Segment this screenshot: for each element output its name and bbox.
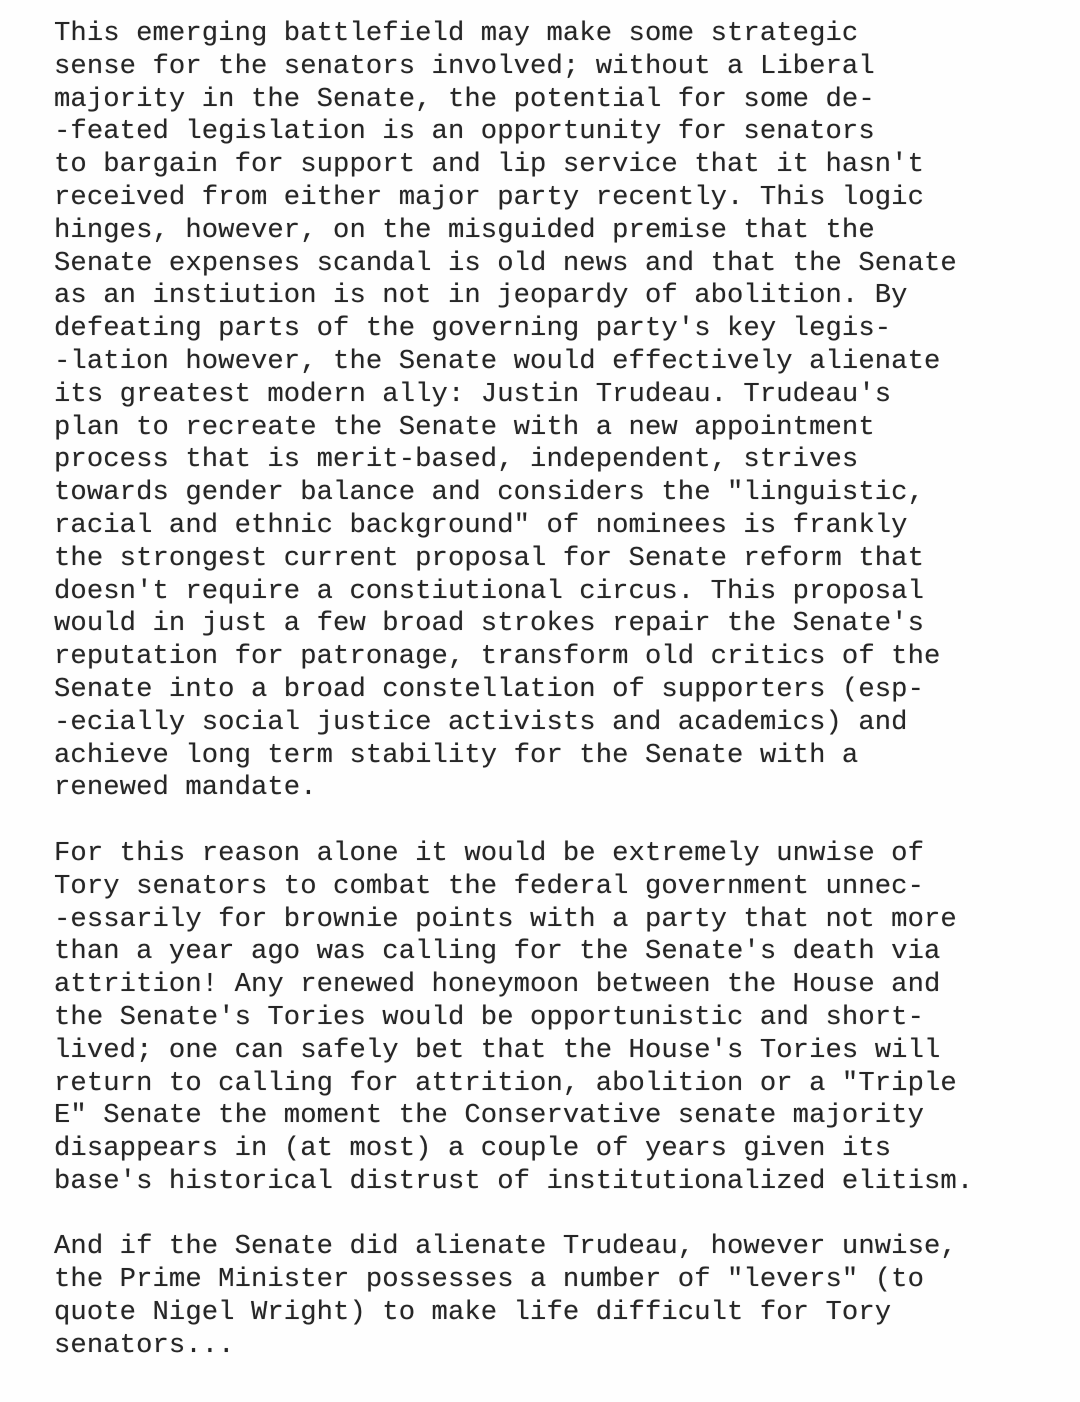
text-line: attrition! Any renewed honeymoon between… [54,969,1054,1002]
text-line: This emerging battlefield may make some … [54,18,1054,51]
text-line: towards gender balance and considers the… [54,477,1054,510]
paragraph-gap [54,1199,1054,1232]
text-line: Senate into a broad constellation of sup… [54,674,1054,707]
text-line: renewed mandate. [54,772,1054,805]
text-line: achieve long term stability for the Sena… [54,740,1054,773]
text-line: would in just a few broad strokes repair… [54,608,1054,641]
text-line: -essarily for brownie points with a part… [54,904,1054,937]
text-line: lived; one can safely bet that the House… [54,1035,1054,1068]
text-line: base's historical distrust of institutio… [54,1166,1054,1199]
text-line: hinges, however, on the misguided premis… [54,215,1054,248]
paragraph-gap [54,805,1054,838]
text-line: as an instiution is not in jeopardy of a… [54,280,1054,313]
text-line: Senate expenses scandal is old news and … [54,248,1054,281]
paragraph-3: And if the Senate did alienate Trudeau, … [54,1231,1054,1362]
text-line: plan to recreate the Senate with a new a… [54,412,1054,445]
text-line: Tory senators to combat the federal gove… [54,871,1054,904]
paragraph-1: This emerging battlefield may make some … [54,18,1054,805]
text-line: disappears in (at most) a couple of year… [54,1133,1054,1166]
text-line: sense for the senators involved; without… [54,51,1054,84]
typewritten-page: This emerging battlefield may make some … [54,18,1054,1363]
text-line: senators... [54,1330,1054,1363]
text-line: doesn't require a constiutional circus. … [54,576,1054,609]
text-line: to bargain for support and lip service t… [54,149,1054,182]
text-line: majority in the Senate, the potential fo… [54,84,1054,117]
text-line: its greatest modern ally: Justin Trudeau… [54,379,1054,412]
paragraph-2: For this reason alone it would be extrem… [54,838,1054,1199]
text-line: -ecially social justice activists and ac… [54,707,1054,740]
text-line: return to calling for attrition, aboliti… [54,1068,1054,1101]
text-line: received from either major party recentl… [54,182,1054,215]
text-line: E" Senate the moment the Conservative se… [54,1100,1054,1133]
text-line: the Senate's Tories would be opportunist… [54,1002,1054,1035]
text-line: the strongest current proposal for Senat… [54,543,1054,576]
text-line: process that is merit-based, independent… [54,444,1054,477]
text-line: reputation for patronage, transform old … [54,641,1054,674]
text-line: And if the Senate did alienate Trudeau, … [54,1231,1054,1264]
text-line: quote Nigel Wright) to make life difficu… [54,1297,1054,1330]
text-line: racial and ethnic background" of nominee… [54,510,1054,543]
text-line: defeating parts of the governing party's… [54,313,1054,346]
text-line: than a year ago was calling for the Sena… [54,936,1054,969]
text-line: -feated legislation is an opportunity fo… [54,116,1054,149]
text-line: the Prime Minister possesses a number of… [54,1264,1054,1297]
text-line: For this reason alone it would be extrem… [54,838,1054,871]
text-line: -lation however, the Senate would effect… [54,346,1054,379]
